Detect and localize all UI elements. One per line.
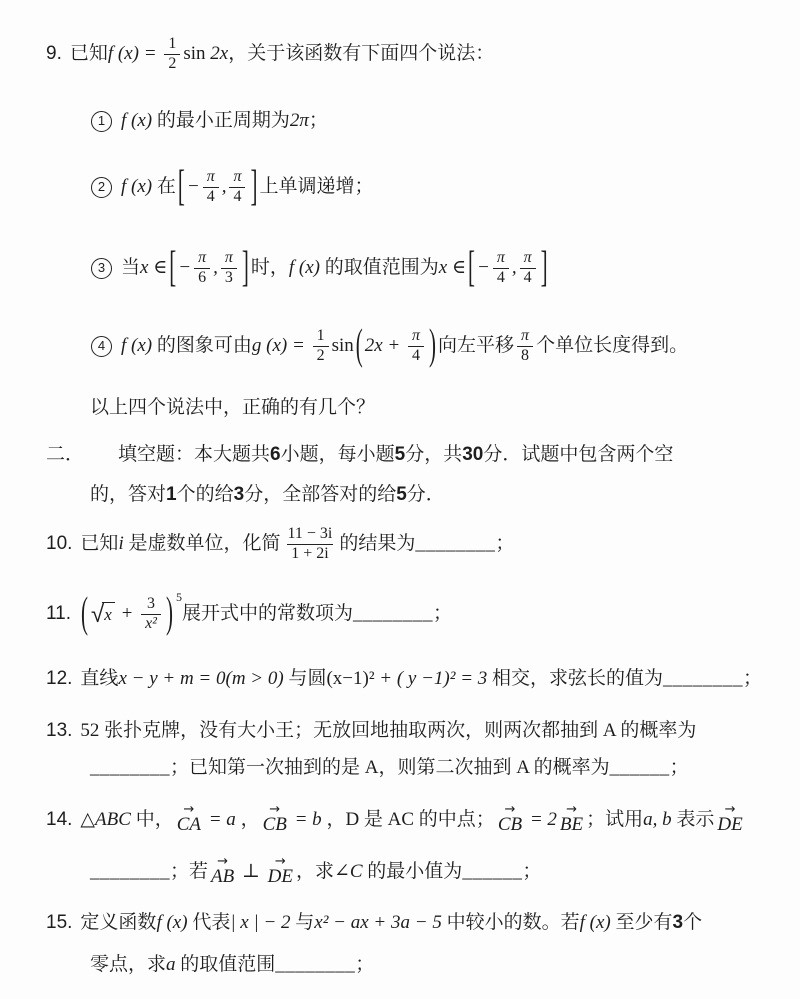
math-italic-run: ABC	[95, 808, 136, 833]
answer-blank: ________	[90, 860, 170, 885]
math-italic-run: + ( y −1)² = 3	[379, 667, 492, 692]
fraction-numerator: π	[203, 168, 219, 187]
math-fraction: π4	[493, 249, 509, 288]
math-superscript: 5	[176, 590, 182, 606]
text-run: 已知	[70, 42, 108, 67]
fraction-denominator: 4	[229, 187, 245, 207]
math-fraction: π4	[520, 249, 536, 288]
text-run: 时，	[251, 256, 289, 281]
section-2-header-line2: 的，答对 1 个的给 3 分，全部答对的给 5 分．	[46, 480, 764, 510]
math-vector: →AB	[211, 857, 234, 887]
q9-closing: 以上四个说法中，正确的有几个？	[46, 394, 764, 422]
fraction-numerator: π	[517, 327, 533, 346]
vector-letters: CB	[263, 815, 287, 835]
math-italic-run: | x | − 2	[230, 911, 295, 936]
document-page: 9.已知 f (x) = 12sin 2x，关于该函数有下面四个说法：1f (x…	[0, 0, 800, 999]
math-vector: →BE	[560, 805, 583, 835]
text-run: 分．试题中包含两个空	[483, 443, 673, 468]
question-number: 9.	[46, 42, 62, 67]
text-run: 分．	[407, 483, 445, 508]
text-run: 上单调递增；	[260, 175, 374, 200]
q14-line2: ________；若 →AB ⊥ →DE，求 ∠C 的最小值为______；	[46, 854, 764, 890]
q14-line1: 14.△ABC 中，→CA = a ，→CB = b ，D 是 AC 的中点；→…	[46, 802, 764, 838]
bold-number: 3	[234, 483, 245, 508]
fraction-denominator: 4	[203, 187, 219, 207]
answer-blank: ________	[90, 756, 170, 781]
stretchy-bracket: ]	[541, 240, 548, 296]
question-number: 10.	[46, 532, 72, 557]
text-run: 表示	[676, 808, 714, 833]
fraction-numerator: 3	[143, 595, 159, 614]
text-run: △	[80, 808, 95, 833]
text-run: ，求	[296, 860, 334, 885]
text-run: ；	[670, 756, 689, 781]
text-run: 已知	[80, 532, 118, 557]
math-italic-run: a	[166, 953, 180, 978]
math-italic-run: −	[187, 175, 200, 200]
fraction-denominator: 8	[517, 346, 533, 366]
fraction-numerator: 1	[313, 327, 329, 346]
question-number: 12.	[46, 667, 72, 692]
math-italic-run: +	[116, 602, 138, 627]
text-run: 的取值范围为	[325, 256, 439, 281]
q9-statement-2: 2f (x) 在[−π4,π4] 上单调递增；	[46, 156, 764, 218]
math-fraction: 12	[164, 35, 180, 74]
text-run: 直线	[80, 667, 118, 692]
math-italic-run: ,	[512, 256, 517, 281]
text-run: 的结果为	[339, 532, 415, 557]
question-number: 二．	[46, 443, 84, 468]
vector-letters: AB	[211, 867, 234, 887]
text-run: ；	[309, 109, 328, 134]
vector-letters: BE	[560, 815, 583, 835]
math-italic-run: = a	[204, 808, 241, 833]
bold-number: 5	[396, 483, 407, 508]
math-italic-run: ∠C	[334, 860, 367, 885]
text-run: 的最小值为	[367, 860, 462, 885]
text-run: 与	[295, 911, 314, 936]
text-run: ；	[743, 667, 762, 692]
math-italic-run: f (x)	[121, 109, 157, 134]
math-fraction: π3	[221, 249, 237, 288]
text-run: 的，答对	[90, 483, 166, 508]
math-vector: →CB	[498, 805, 522, 835]
circled-number: 3	[91, 258, 112, 279]
math-italic-run: x ∈	[140, 256, 167, 281]
text-run: ；已知第一次抽到的是 A，则第二次抽到 A 的概率为	[170, 756, 610, 781]
math-italic-run: ⊥	[237, 860, 264, 885]
stretchy-bracket: [	[169, 240, 176, 296]
section-2-header-line1: 二．填空题：本大题共 6 小题，每小题 5 分，共 30 分．试题中包含两个空	[46, 440, 764, 470]
answer-blank: ________	[415, 532, 495, 557]
fraction-numerator: 1	[164, 35, 180, 54]
fraction-numerator: π	[229, 168, 245, 187]
answer-blank: ________	[663, 667, 743, 692]
text-run: 52 张扑克牌，没有大小王；无放回地抽取两次，则两次都抽到 A 的概率为	[80, 719, 696, 744]
bold-number: 5	[395, 443, 406, 468]
vector-letters: CB	[498, 815, 522, 835]
text-run: ，关于该函数有下面四个说法：	[228, 42, 494, 67]
math-italic-run: ,	[222, 175, 227, 200]
q9-stem: 9.已知 f (x) = 12sin 2x，关于该函数有下面四个说法：	[46, 26, 764, 82]
math-vector: →CA	[177, 805, 201, 835]
answer-blank: ______	[462, 860, 522, 885]
fraction-denominator: 1 + 2i	[287, 544, 332, 564]
radicand: x	[102, 602, 115, 626]
math-italic-run: f (x)	[289, 256, 325, 281]
math-italic-run: = 2	[525, 808, 557, 833]
text-run: 的最小正周期为	[157, 109, 290, 134]
math-italic-run: = b	[290, 808, 327, 833]
text-run: 分，全部答对的给	[244, 483, 396, 508]
text-run: 是虚数单位，化简	[128, 532, 280, 557]
q9-statement-4: 4f (x) 的图象可由 g (x) = 12sin(2x + π4)向左平移π…	[46, 314, 764, 378]
question-number: 15.	[46, 911, 72, 936]
math-italic-run: −	[178, 256, 191, 281]
text-run: ；试用	[586, 808, 643, 833]
text-run: 个	[683, 911, 702, 936]
text-run: 中，	[136, 808, 174, 833]
math-italic-run: i	[118, 532, 128, 557]
text-run: 填空题：本大题共	[118, 443, 270, 468]
math-vector: →DE	[268, 857, 293, 887]
text-run: ；	[355, 953, 374, 978]
stretchy-bracket: [	[468, 240, 475, 296]
math-fraction: π6	[194, 249, 210, 288]
bold-number: 6	[270, 443, 281, 468]
fraction-denominator: 4	[493, 268, 509, 288]
fraction-numerator: π	[493, 249, 509, 268]
text-run: 的图象可由	[157, 334, 252, 359]
text-run: ；	[522, 860, 541, 885]
text-run: 以上四个说法中，正确的有几个？	[90, 396, 375, 421]
text-run: 至少有	[615, 911, 672, 936]
math-italic-run: f (x)	[580, 911, 616, 936]
math-italic-run: 2x	[210, 42, 228, 67]
q13-line1: 13.52 张扑克牌，没有大小王；无放回地抽取两次，则两次都抽到 A 的概率为	[46, 716, 764, 746]
q9-statement-1: 1f (x) 的最小正周期为 2π；	[46, 106, 764, 136]
math-italic-run: a, b	[643, 808, 676, 833]
math-italic-run: x² − ax + 3a − 5	[314, 911, 446, 936]
math-fraction: 12	[313, 327, 329, 366]
text-run: 当	[121, 256, 140, 281]
math-fraction: π8	[517, 327, 533, 366]
text-run: ，	[241, 808, 260, 833]
math-italic-run: f (x)	[121, 175, 157, 200]
text-run: 中较小的数。若	[447, 911, 580, 936]
fraction-numerator: π	[221, 249, 237, 268]
bold-number: 3	[672, 911, 683, 936]
text-run: 的取值范围	[180, 953, 275, 978]
text-run: 展开式中的常数项为	[182, 602, 353, 627]
math-fraction: 11 − 3i1 + 2i	[283, 525, 336, 564]
math-fraction: π4	[229, 168, 245, 207]
stretchy-bracket: )	[429, 318, 436, 374]
text-run: 与圆	[288, 667, 326, 692]
stretchy-bracket: ]	[242, 240, 249, 296]
question-number: 11.	[46, 602, 71, 627]
math-italic-run: 2x +	[365, 334, 405, 359]
fraction-denominator: 4	[408, 346, 424, 366]
question-number: 13.	[46, 719, 72, 744]
answer-blank: ________	[353, 602, 433, 627]
circled-number: 4	[91, 336, 112, 357]
math-fraction: 3x²	[141, 595, 161, 634]
stretchy-bracket: [	[178, 159, 185, 215]
answer-blank: ______	[610, 756, 670, 781]
text-run: 零点，求	[90, 953, 166, 978]
text-run: 在	[157, 175, 176, 200]
fraction-numerator: π	[520, 249, 536, 268]
fraction-numerator: π	[408, 327, 424, 346]
math-fraction: π4	[408, 327, 424, 366]
math-roman-run: sin	[183, 42, 210, 67]
math-italic-run: x ∈	[439, 256, 466, 281]
stretchy-bracket: (	[81, 586, 88, 642]
fraction-denominator: 4	[520, 268, 536, 288]
math-square-root: √x	[91, 602, 115, 626]
text-run: ；	[433, 602, 452, 627]
math-italic-run: −	[477, 256, 490, 281]
question-number: 14.	[46, 808, 72, 833]
math-italic-run: f (x)	[156, 911, 192, 936]
text-run: 分，共	[405, 443, 462, 468]
text-run: 向左平移	[438, 334, 514, 359]
math-italic-run: ,	[213, 256, 218, 281]
q11: 11.(√x + 3x²)5展开式中的常数项为________；	[46, 582, 764, 646]
text-run: 个的给	[177, 483, 234, 508]
fraction-denominator: 6	[194, 268, 210, 288]
stretchy-bracket: (	[356, 318, 363, 374]
q9-statement-3: 3当 x ∈[−π6,π3]时， f (x) 的取值范围为 x ∈[−π4,π4…	[46, 236, 764, 300]
text-run: 小题，每小题	[281, 443, 395, 468]
text-run: ；	[495, 532, 514, 557]
math-italic-run: g (x) =	[252, 334, 310, 359]
answer-blank: ________	[275, 953, 355, 978]
bold-number: 30	[462, 443, 483, 468]
math-italic-run: x − y + m = 0(m > 0)	[118, 667, 288, 692]
bold-number: 1	[166, 483, 177, 508]
text-run: 代表	[192, 911, 230, 936]
math-vector: →DE	[717, 805, 742, 835]
text-run: 个单位长度得到。	[536, 334, 688, 359]
q10: 10.已知 i 是虚数单位，化简11 − 3i1 + 2i的结果为_______…	[46, 518, 764, 570]
q13-line2: ________；已知第一次抽到的是 A，则第二次抽到 A 的概率为______…	[46, 752, 764, 784]
math-italic-run: f (x) =	[108, 42, 161, 67]
stretchy-bracket: ]	[251, 159, 258, 215]
vector-letters: CA	[177, 815, 201, 835]
circled-number: 2	[91, 177, 112, 198]
q15-line2: 零点，求 a 的取值范围________；	[46, 950, 764, 980]
q12: 12.直线 x − y + m = 0(m > 0) 与圆 (x−1)² + (…	[46, 664, 764, 694]
fraction-numerator: π	[194, 249, 210, 268]
fraction-denominator: x²	[141, 614, 161, 634]
fraction-numerator: 11 − 3i	[283, 525, 336, 544]
vector-letters: DE	[717, 815, 742, 835]
q15-line1: 15.定义函数 f (x) 代表 | x | − 2 与 x² − ax + 3…	[46, 906, 764, 940]
text-run: 相交，求弦长的值为	[492, 667, 663, 692]
fraction-denominator: 2	[164, 54, 180, 74]
fraction-denominator: 2	[313, 346, 329, 366]
vector-letters: DE	[268, 867, 293, 887]
stretchy-bracket: )	[166, 586, 173, 642]
math-roman-run: sin	[332, 334, 354, 359]
fraction-denominator: 3	[221, 268, 237, 288]
math-vector: →CB	[263, 805, 287, 835]
math-italic-run: f (x)	[121, 334, 157, 359]
math-fraction: π4	[203, 168, 219, 207]
text-run: ；若	[170, 860, 208, 885]
circled-number: 1	[91, 111, 112, 132]
math-roman-run: (x−1)²	[326, 667, 379, 692]
text-run: ，D 是 AC 的中点；	[326, 808, 494, 833]
math-italic-run: 2π	[290, 109, 309, 134]
text-run: 定义函数	[80, 911, 156, 936]
